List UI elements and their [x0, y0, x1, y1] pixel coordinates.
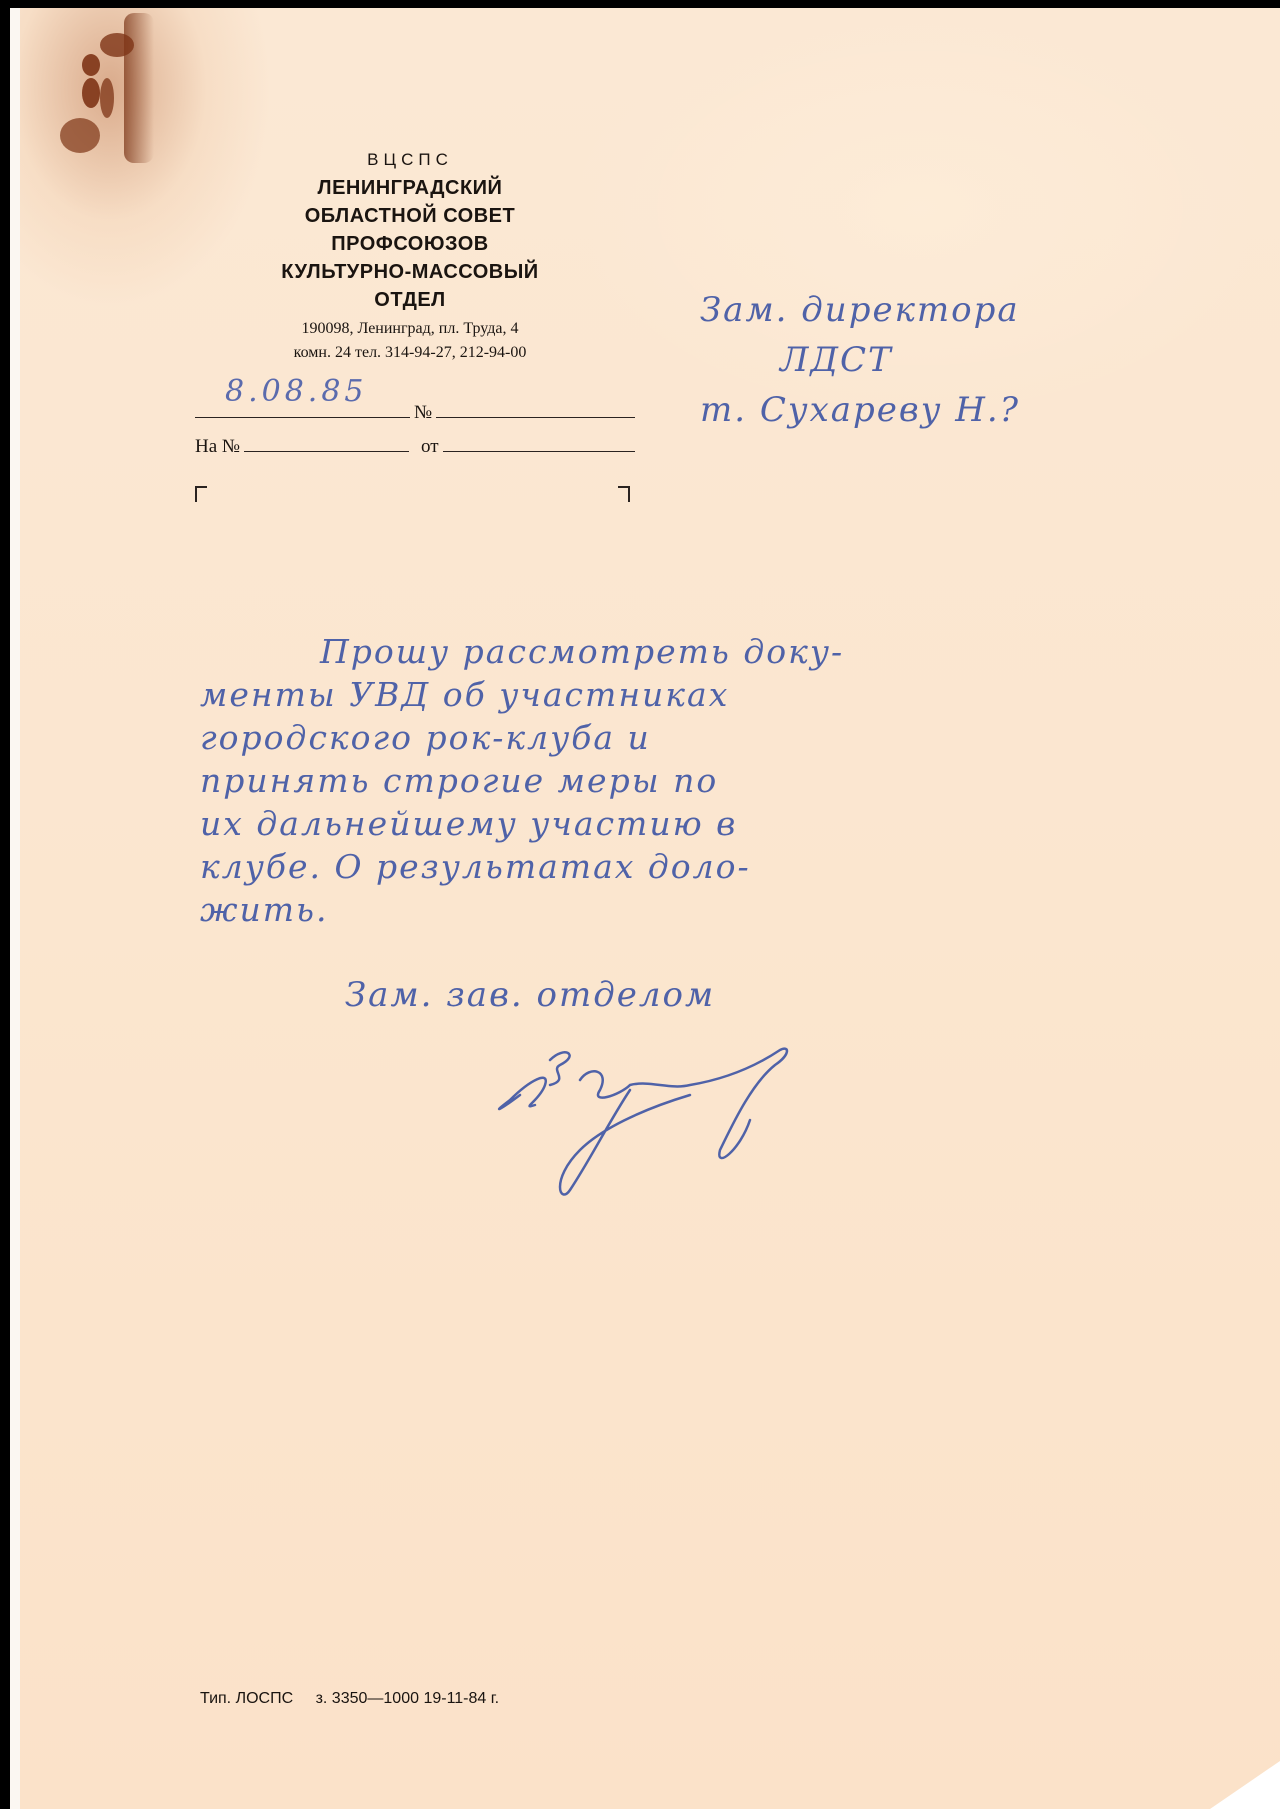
date-number-row: 8.08.85 №: [195, 390, 635, 424]
folded-corner: [1210, 1761, 1280, 1809]
number-line: [436, 417, 635, 418]
body-line: их дальнейшему участию в: [200, 802, 1170, 845]
body-line: городского рок-клуба и: [200, 716, 1170, 759]
printer-imprint: Тип. ЛОСПС з. 3350—1000 19-11-84 г.: [200, 1690, 517, 1708]
department-line: КУЛЬТУРНО-МАССОВЫЙ: [240, 258, 580, 286]
address-bracket-left: [195, 486, 207, 502]
signature-icon: [490, 1040, 820, 1200]
date-value: 8.08.85: [225, 374, 368, 409]
body-line: менты УВД об участниках: [200, 673, 1170, 716]
addressee-line: т. Сухареву Н.?: [700, 385, 1020, 435]
address-line: 190098, Ленинград, пл. Труда, 4: [240, 320, 580, 338]
stain-spot: [82, 78, 100, 108]
reply-row: На № от: [195, 424, 635, 458]
stain-spot: [82, 54, 100, 76]
from-label: от: [421, 436, 439, 458]
org-abbreviation: ВЦСПС: [240, 150, 580, 170]
addressee-line: Зам. директора: [700, 285, 1020, 335]
reply-to-label: На №: [195, 436, 240, 458]
body-line: Прошу рассмотреть доку-: [200, 630, 1170, 673]
stain-spot: [100, 78, 114, 118]
org-name-line: ОБЛАСТНОЙ СОВЕТ: [240, 202, 580, 230]
addressee-block: Зам. директора ЛДСТ т. Сухареву Н.?: [700, 285, 1020, 435]
stain-spot: [100, 33, 134, 57]
letterhead: ВЦСПС ЛЕНИНГРАДСКИЙ ОБЛАСТНОЙ СОВЕТ ПРОФ…: [240, 150, 580, 362]
print-order: з. 3350—1000 19-11-84 г.: [316, 1690, 500, 1707]
body-line: клубе. О результатах доло-: [200, 845, 1170, 888]
date-line: [195, 417, 410, 418]
body-line: принять строгие меры по: [200, 759, 1170, 802]
number-label: №: [414, 402, 432, 424]
body-line: жить.: [200, 888, 1170, 931]
reply-number-line: [244, 451, 409, 452]
reference-fields: 8.08.85 № На № от: [195, 390, 635, 458]
org-name-line: ЛЕНИНГРАДСКИЙ: [240, 174, 580, 202]
address-bracket-right: [618, 486, 630, 502]
org-name-line: ПРОФСОЮЗОВ: [240, 230, 580, 258]
closing-title: Зам. зав. отделом: [345, 975, 715, 1015]
addressee-line: ЛДСТ: [700, 335, 1020, 385]
reply-date-line: [443, 451, 635, 452]
letter-body: Прошу рассмотреть доку- менты УВД об уча…: [200, 630, 1170, 931]
stain-spot: [60, 118, 100, 153]
contact-line: комн. 24 тел. 314-94-27, 212-94-00: [240, 344, 580, 362]
department-line: ОТДЕЛ: [240, 286, 580, 314]
printer-name: Тип. ЛОСПС: [200, 1690, 293, 1707]
